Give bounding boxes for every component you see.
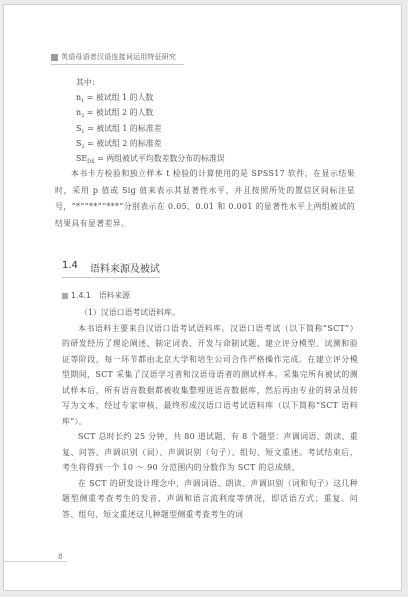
running-header-title: 英语母语者汉语连接词运用特征研究 <box>61 52 176 62</box>
paragraph-statistics: 本书卡方检验和独立样本 t 检验的计算使用的是 SPSS17 软件，在显示结果时… <box>55 166 355 232</box>
page-number: 8 <box>58 552 63 561</box>
document-page: 英语母语者汉语连接词运用特征研究 其中： n1 = 被试组 1 的人数 n2 =… <box>3 4 402 591</box>
definition-n1: n1 = 被试组 1 的人数 <box>76 90 355 105</box>
section-number: 1.4 <box>62 260 78 275</box>
definition-text: = 被试组 2 的人数 <box>84 108 153 117</box>
item-label: （1）汉语口语考试语料库。 <box>62 305 358 321</box>
definition-s2: S2 = 被试组 2 的标准差 <box>76 136 355 151</box>
header-marker-icon <box>51 54 58 61</box>
paragraph-sct-design: 在 SCT 的研发设计理念中，声调词语、朗读、声调识别（词和句子）这几种题型侧重… <box>62 476 358 523</box>
footer-divider <box>4 561 67 562</box>
definitions-intro: 其中： <box>76 75 355 90</box>
definition-text: = 两组被试平均数差数分布的标准误 <box>95 154 225 163</box>
running-header: 英语母语者汉语连接词运用特征研究 <box>51 52 184 65</box>
definitions-block: 其中： n1 = 被试组 1 的人数 n2 = 被试组 2 的人数 S1 = 被… <box>55 75 355 233</box>
subsection-number: 1.4.1 <box>71 291 91 300</box>
paragraph-sct-structure: SCT 总时长约 25 分钟，共 80 道试题，有 8 个题型：声调词语、朗读、… <box>62 429 358 476</box>
definition-text: = 被试组 2 的标准差 <box>85 139 162 148</box>
symbol: SE <box>76 154 87 163</box>
definition-text: = 被试组 1 的标准差 <box>85 124 162 133</box>
subsection-heading: 1.4.1 语料来源 <box>62 290 130 301</box>
paragraph-corpus-source: 本书语料主要来自汉语口语考试语料库。汉语口语考试（以下简称“SCT”）的研发经历… <box>62 321 358 430</box>
section-heading: 1.4 语料来源及被试 <box>62 260 160 278</box>
body-text: （1）汉语口语考试语料库。 本书语料主要来自汉语口语考试语料库。汉语口语考试（以… <box>62 305 358 522</box>
definition-s1: S1 = 被试组 1 的标准差 <box>76 121 355 136</box>
definition-n2: n2 = 被试组 2 的人数 <box>76 105 355 120</box>
subsection-title: 语料来源 <box>99 290 130 301</box>
subscript: D̄X̄ <box>87 159 95 165</box>
definition-se: SED̄X̄ = 两组被试平均数差数分布的标准误 <box>76 151 355 166</box>
section-title: 语料来源及被试 <box>90 260 160 275</box>
definition-text: = 被试组 1 的人数 <box>84 93 153 102</box>
subsection-marker-icon <box>62 293 68 299</box>
